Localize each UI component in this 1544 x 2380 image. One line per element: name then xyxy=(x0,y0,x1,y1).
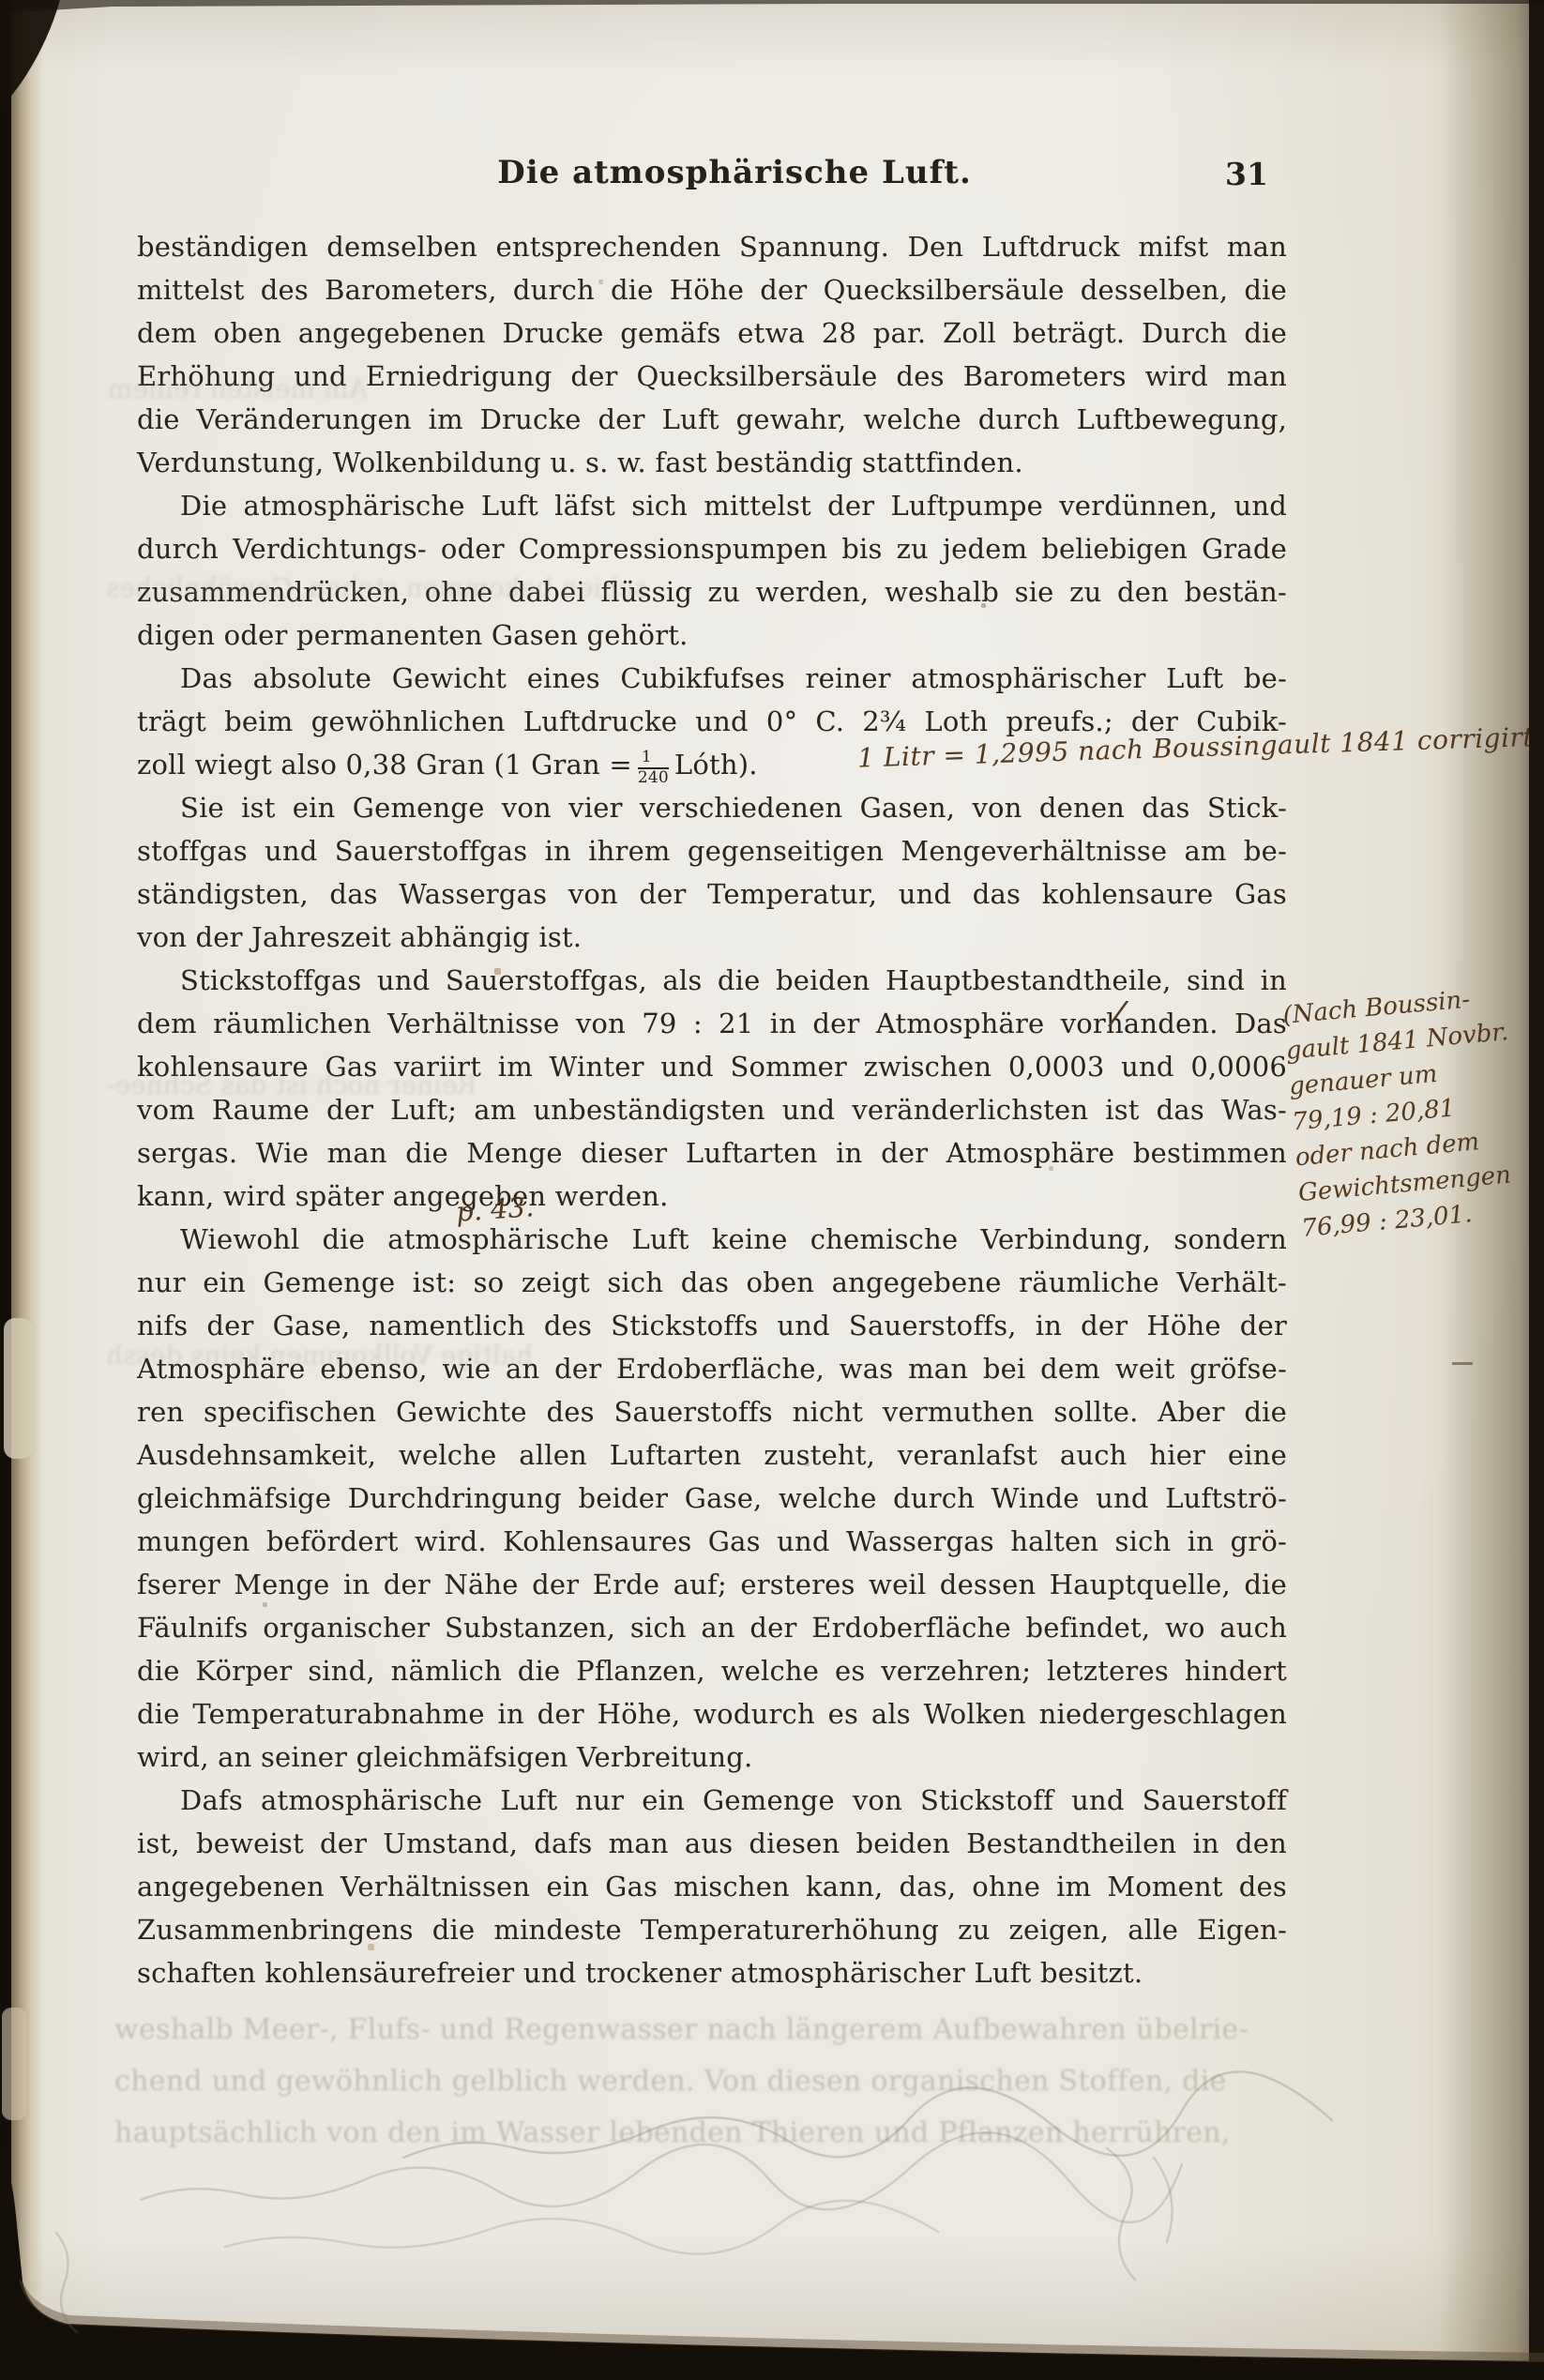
pencil-scribble xyxy=(56,2071,1332,2332)
top-left-corner-shadow xyxy=(0,0,60,107)
book-page-scan: Die atmosphärische Luft. 31 beständigen … xyxy=(0,0,1544,2380)
scan-artifacts-layer xyxy=(0,0,1544,2380)
top-scan-edge xyxy=(0,0,1544,13)
